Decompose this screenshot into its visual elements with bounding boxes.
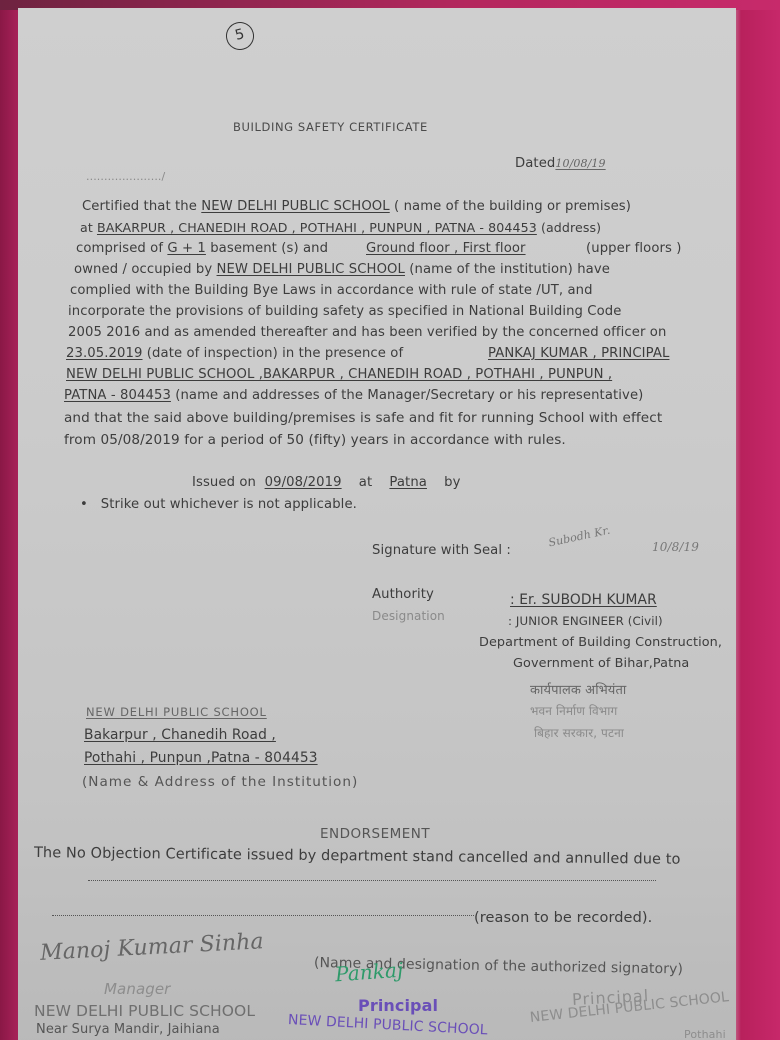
body-line-11: and that the said above building/premise…: [64, 410, 662, 426]
text: (date of inspection) in the presence of: [143, 346, 404, 361]
reason-dotline-2: [52, 915, 474, 916]
reference-number: ...................../: [86, 170, 165, 183]
at-label: at: [359, 475, 372, 490]
institution-label: (Name & Address of the Institution): [82, 774, 358, 790]
address: BAKARPUR , CHANEDIH ROAD , POTHAHI , PUN…: [97, 220, 537, 235]
body-line-10: PATNA - 804453 (name and addresses of th…: [64, 388, 643, 403]
body-line-5: complied with the Building Bye Laws in a…: [70, 283, 593, 298]
department-line-2: Government of Bihar,Patna: [513, 656, 689, 671]
reason-dotline-1: [88, 880, 656, 881]
hindi-stamp-line-3: बिहार सरकार, पटना: [534, 724, 624, 741]
text: comprised of: [76, 241, 167, 256]
note-line: • Strike out whichever is not applicable…: [80, 497, 357, 512]
issued-line: Issued on 09/08/2019 at Patna by: [192, 475, 461, 490]
issued-label: Issued on: [192, 475, 256, 490]
dated-value: 10/08/19: [555, 157, 605, 170]
building-name: NEW DELHI PUBLIC SCHOOL: [201, 199, 389, 214]
designation-label: Designation: [372, 609, 445, 623]
hindi-stamp-line-2: भवन निर्माण विभाग: [530, 702, 617, 719]
body-line-12: from 05/08/2019 for a period of 50 (fift…: [64, 432, 566, 448]
body-line-9: NEW DELHI PUBLIC SCHOOL ,BAKARPUR , CHAN…: [66, 367, 612, 382]
institution-name: NEW DELHI PUBLIC SCHOOL: [217, 262, 405, 277]
signature-date: 10/8/19: [652, 540, 699, 554]
manager-title: Manager: [104, 980, 170, 998]
institution-address-2: Pothahi , Punpun ,Patna - 804453: [84, 750, 318, 766]
principal2-address: Pothahi: [684, 1028, 726, 1040]
signature-label: Signature with Seal :: [372, 543, 511, 558]
text: Certified that the: [82, 199, 201, 214]
reason-label: (reason to be recorded).: [474, 910, 652, 926]
body-line-6: incorporate the provisions of building s…: [68, 304, 621, 319]
body-line-8: 23.05.2019 (date of inspection) in the p…: [66, 346, 403, 361]
body-line-3: comprised of G + 1 basement (s) and: [76, 241, 328, 256]
dated-label: Dated: [515, 156, 555, 171]
text: (name of the institution) have: [405, 262, 610, 277]
department-line-1: Department of Building Construction,: [479, 635, 722, 650]
principal-signature: Pankaj: [334, 958, 404, 987]
body-line-7: 2005 2016 and as amended thereafter and …: [68, 325, 666, 340]
manager-address: Near Surya Mandir, Jaihiana: [36, 1022, 220, 1037]
body-line-1: Certified that the NEW DELHI PUBLIC SCHO…: [82, 199, 631, 214]
designation-value: : JUNIOR ENGINEER (Civil): [508, 614, 663, 628]
issued-date: 09/08/2019: [265, 475, 342, 490]
document-title: BUILDING SAFETY CERTIFICATE: [233, 120, 428, 134]
text: (address): [537, 220, 601, 235]
institution-address-1: Bakarpur , Chanedih Road ,: [84, 727, 276, 743]
issued-place: Patna: [389, 475, 427, 490]
body-line-4: owned / occupied by NEW DELHI PUBLIC SCH…: [74, 262, 610, 277]
certificate-paper: [18, 8, 736, 1040]
manager-school: NEW DELHI PUBLIC SCHOOL: [34, 1002, 255, 1020]
text: owned / occupied by: [74, 262, 217, 277]
endorsement-title: ENDORSEMENT: [320, 826, 430, 842]
dated-field: Dated10/08/19: [515, 156, 606, 171]
bullet-icon: •: [80, 497, 101, 512]
principal-title: Principal: [358, 996, 438, 1015]
basement-count: G + 1: [167, 241, 206, 256]
body-line-2: at BAKARPUR , CHANEDIH ROAD , POTHAHI , …: [80, 220, 601, 235]
text: at: [80, 220, 97, 235]
authority-label: Authority: [372, 587, 434, 602]
text: ( name of the building or premises): [390, 199, 631, 214]
authority-value: : Er. SUBODH KUMAR: [510, 592, 657, 608]
hindi-stamp-line-1: कार्यपालक अभियंता: [530, 680, 626, 698]
by-label: by: [444, 475, 460, 490]
text: basement (s) and: [206, 241, 328, 256]
presence-fill: PANKAJ KUMAR , PRINCIPAL: [488, 346, 669, 361]
pincode: PATNA - 804453: [64, 388, 171, 403]
inspection-date: 23.05.2019: [66, 346, 143, 361]
text: (name and addresses of the Manager/Secre…: [171, 388, 643, 403]
floors-label: (upper floors ): [586, 241, 682, 256]
floors-fill: Ground floor , First floor: [366, 241, 526, 256]
note-text: Strike out whichever is not applicable.: [101, 497, 357, 512]
institution-name: NEW DELHI PUBLIC SCHOOL: [86, 705, 267, 719]
